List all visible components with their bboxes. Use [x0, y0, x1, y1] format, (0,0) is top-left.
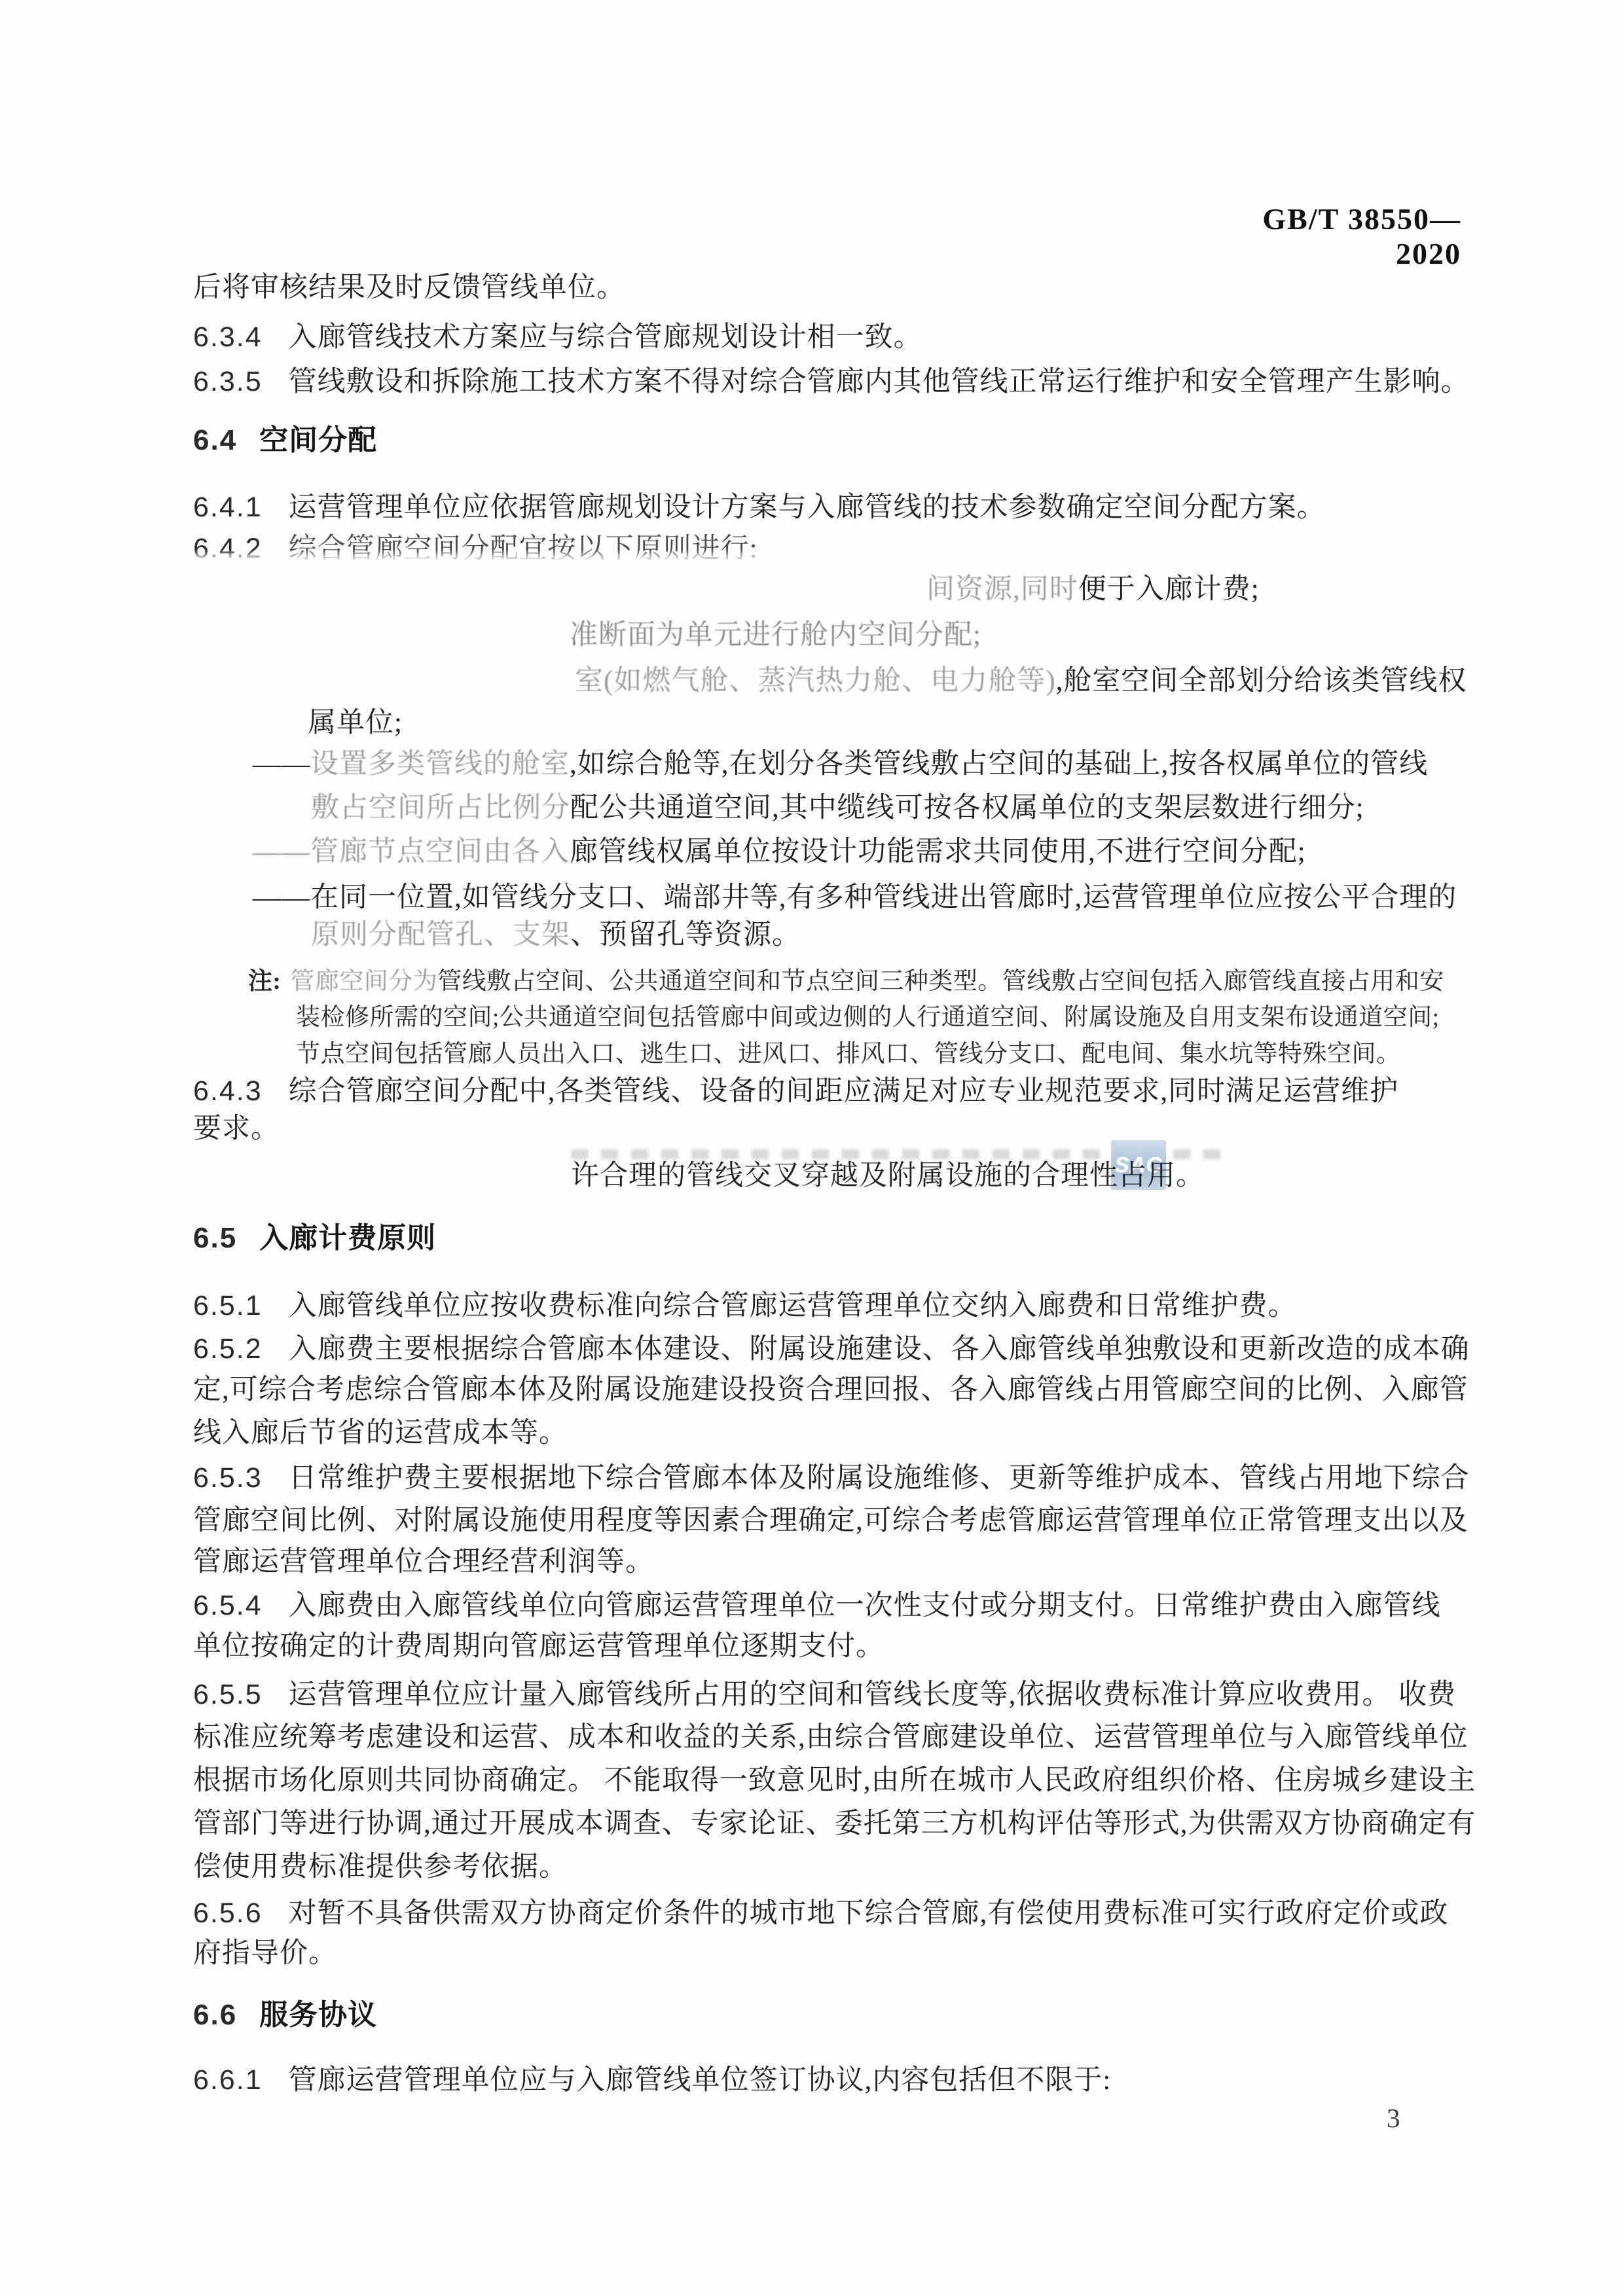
clause-number: 6.5.3 — [193, 1462, 263, 1494]
faded-text: 管廊空间分为 — [290, 968, 437, 995]
clause-6-3-4: 6.3.4入廊管线技术方案应与综合管廊规划设计相一致。 — [193, 320, 922, 355]
text-line: 线入廊后节省的运营成本等。 — [193, 1416, 568, 1450]
heading-text: 入廊计费原则 — [259, 1222, 436, 1254]
clause-number: 6.5.1 — [193, 1290, 263, 1321]
text-line: 单位按确定的计费周期向管廊运营管理单位逐期支付。 — [193, 1630, 884, 1664]
faded-text: 设置多类管线的舱室 — [310, 749, 570, 780]
faded-text: ——管廊节点空间由各入 — [253, 836, 570, 867]
line-text: 综合管廊空间分配中,各类管线、设备的间距应满足对应专业规范要求,同时满足运营维护 — [289, 1076, 1399, 1107]
line-text: 管部门等进行协调,通过开展成本调查、专家论证、委托第三方机构评估等形式,为供需双… — [193, 1808, 1476, 1839]
line-text: 管廊运营管理单位合理经营利润等。 — [193, 1547, 654, 1577]
line-text: 配公共通道空间,其中缆线可按各权属单位的支架层数进行细分; — [570, 793, 1364, 823]
clause-number: 6.4.3 — [193, 1075, 263, 1107]
clause-6-6-1: 6.6.1管廊运营管理单位应与入廊管线单位签订协议,内容包括但不限于: — [193, 2063, 1111, 2098]
line-text: 运营管理单位应依据管廊规划设计方案与入廊管线的技术参数确定空间分配方案。 — [289, 492, 1326, 523]
line-text: 综合管廊空间分配宜按以下原则进行: — [289, 533, 758, 564]
line-text: 便于入廊计费; — [1078, 574, 1260, 605]
line-text: ,如综合舱等,在划分各类管线敷占空间的基础上,按各权属单位的管线 — [570, 749, 1428, 780]
dash-list-continuation: 原则分配管孔、支架、预留孔等资源。 — [311, 918, 801, 952]
text-line-fragment: 属单位; — [308, 706, 403, 740]
text-line: 管部门等进行协调,通过开展成本调查、专家论证、委托第三方机构评估等形式,为供需双… — [193, 1807, 1476, 1841]
clause-6-5-1: 6.5.1入廊管线单位应按收费标准向综合管廊运营管理单位交纳入廊费和日常维护费。 — [193, 1289, 1297, 1323]
line-text: 府指导价。 — [193, 1938, 337, 1969]
text-line: 偿使用费标准提供参考依据。 — [193, 1850, 568, 1884]
line-text: 准断面为单元进行舱内空间分配; — [570, 620, 981, 651]
text-line-fragment: 准断面为单元进行舱内空间分配; — [570, 619, 981, 653]
dash-list-item: ——设置多类管线的舱室,如综合舱等,在划分各类管线敷占空间的基础上,按各权属单位… — [253, 747, 1428, 781]
document-page: GB/T 38550—2020 后将审核结果及时反馈管线单位。 6.3.4入廊管… — [0, 0, 1623, 2296]
clause-number: 6.5.6 — [193, 1897, 263, 1929]
line-text: 廊管线权属单位按设计功能需求共同使用,不进行空间分配; — [570, 836, 1306, 867]
line-text: 管线敷占空间、公共通道空间和节点空间三种类型。管线敷占空间包括入廊管线直接占用和… — [437, 968, 1444, 995]
text-line: 要求。 — [193, 1112, 280, 1146]
line-text: 许合理的管线交叉穿越及附属设施的合理性占用。 — [571, 1160, 1205, 1191]
clause-6-4-1: 6.4.1运营管理单位应依据管廊规划设计方案与入廊管线的技术参数确定空间分配方案… — [193, 490, 1326, 525]
header-standard-number: GB/T 38550—2020 — [1205, 202, 1461, 271]
faded-text: 室(如燃气舱、蒸汽热力舱、电力舱等) — [575, 666, 1056, 696]
line-text: 运营管理单位应计量入廊管线所占用的空间和管线长度等,依据收费标准计算应收费用。 … — [289, 1679, 1457, 1710]
dash-mark: —— — [253, 882, 310, 913]
line-text: 偿使用费标准提供参考依据。 — [193, 1852, 568, 1882]
clause-6-5-3: 6.5.3日常维护费主要根据地下综合管廊本体及附属设施维修、更新等维护成本、管线… — [193, 1461, 1470, 1496]
note-line: 装检修所需的空间;公共通道空间包括管廊中间或边侧的人行通道空间、附属设施及自用支… — [296, 1003, 1440, 1033]
text-line: 定,可综合考虑综合管廊本体及附属设施建设投资合理回报、各入廊管线占用管廊空间的比… — [193, 1373, 1468, 1407]
clause-number: 6.6 — [193, 1999, 237, 2031]
line-text: 标准应统筹考虑建设和运营、成本和收益的关系,由综合管廊建设单位、运营管理单位与入… — [193, 1722, 1468, 1753]
text-line: 根据市场化原则共同协商确定。 不能取得一致意见时,由所在城市人民政府组织价格、住… — [193, 1764, 1476, 1798]
text-line-fragment: 许合理的管线交叉穿越及附属设施的合理性占用。 — [571, 1159, 1205, 1193]
clause-6-5-2: 6.5.2入廊费主要根据综合管廊本体建设、附属设施建设、各入廊管线单独敷设和更新… — [193, 1332, 1470, 1367]
line-text: 属单位; — [308, 708, 403, 738]
line-text: 入廊管线技术方案应与综合管廊规划设计相一致。 — [289, 322, 922, 353]
clause-6-5-4: 6.5.4入廊费由入廊管线单位向管廊运营管理单位一次性支付或分期支付。日常维护费… — [193, 1588, 1441, 1623]
clause-number: 6.5 — [193, 1222, 237, 1254]
line-text: 要求。 — [193, 1113, 280, 1144]
clause-number: 6.4 — [193, 424, 237, 456]
faded-text: 间资源,同时 — [926, 574, 1078, 605]
line-text: 单位按确定的计费周期向管廊运营管理单位逐期支付。 — [193, 1631, 884, 1662]
line-text: 、预留孔等资源。 — [570, 920, 801, 950]
line-text: 在同一位置,如管线分支口、端部井等,有多种管线进出管廊时,运营管理单位应按公平合… — [310, 882, 1457, 913]
line-text: 线入廊后节省的运营成本等。 — [193, 1418, 568, 1448]
clause-number: 6.4.2 — [193, 533, 263, 564]
text-line: 府指导价。 — [193, 1937, 337, 1971]
line-text: ,舱室空间全部划分给该类管线权 — [1056, 666, 1467, 696]
line-text: 日常维护费主要根据地下综合管廊本体及附属设施维修、更新等维护成本、管线占用地下综… — [289, 1463, 1470, 1494]
line-text: 管廊运营管理单位应与入廊管线单位签订协议,内容包括但不限于: — [289, 2065, 1112, 2096]
note-line: 节点空间包括管廊人员出入口、逃生口、进风口、排风口、管线分支口、配电间、集水坑等… — [296, 1039, 1401, 1069]
line-text: 管线敷设和拆除施工技术方案不得对综合管廊内其他管线正常运行维护和安全管理产生影响… — [289, 367, 1470, 397]
dash-mark: —— — [253, 749, 310, 780]
faded-text: 敷占空间所占比例分 — [311, 793, 570, 823]
dash-list-item: ——管廊节点空间由各入廊管线权属单位按设计功能需求共同使用,不进行空间分配; — [253, 835, 1306, 869]
page-number: 3 — [1387, 2102, 1400, 2134]
clause-6-5-5: 6.5.5运营管理单位应计量入廊管线所占用的空间和管线长度等,依据收费标准计算应… — [193, 1677, 1456, 1712]
dash-list-item: ——在同一位置,如管线分支口、端部井等,有多种管线进出管廊时,运营管理单位应按公… — [253, 881, 1457, 915]
heading-6-5: 6.5入廊计费原则 — [193, 1221, 436, 1255]
heading-6-4: 6.4空间分配 — [193, 423, 377, 457]
line-text: 根据市场化原则共同协商确定。 不能取得一致意见时,由所在城市人民政府组织价格、住… — [193, 1765, 1476, 1796]
heading-6-6: 6.6服务协议 — [193, 1998, 377, 2032]
line-text: 节点空间包括管廊人员出入口、逃生口、进风口、排风口、管线分支口、配电间、集水坑等… — [296, 1041, 1401, 1067]
faded-text: 原则分配管孔、支架 — [311, 920, 570, 950]
text-line-fragment: 室(如燃气舱、蒸汽热力舱、电力舱等),舱室空间全部划分给该类管线权 — [575, 664, 1467, 698]
clause-number: 6.3.5 — [193, 366, 263, 397]
clause-6-4-2: 6.4.2综合管廊空间分配宜按以下原则进行: — [193, 531, 758, 566]
line-text: 对暂不具备供需双方协商定价条件的城市地下综合管廊,有偿使用费标准可实行政府定价或… — [289, 1898, 1449, 1929]
clause-6-4-3: 6.4.3综合管廊空间分配中,各类管线、设备的间距应满足对应专业规范要求,同时满… — [193, 1074, 1398, 1109]
note-line: 注:管廊空间分为管线敷占空间、公共通道空间和节点空间三种类型。管线敷占空间包括入… — [248, 967, 1444, 997]
clause-number: 6.4.1 — [193, 492, 263, 523]
dash-list-continuation: 敷占空间所占比例分配公共通道空间,其中缆线可按各权属单位的支架层数进行细分; — [311, 791, 1364, 825]
note-marker: 注: — [248, 968, 281, 995]
text-line: 后将审核结果及时反馈管线单位。 — [193, 271, 625, 305]
heading-text: 服务协议 — [259, 1999, 377, 2031]
text-line-fragment: 间资源,同时便于入廊计费; — [926, 573, 1260, 607]
line-text: 定,可综合考虑综合管廊本体及附属设施建设投资合理回报、各入廊管线占用管廊空间的比… — [193, 1374, 1468, 1405]
text-line: 管廊空间比例、对附属设施使用程度等因素合理确定,可综合考虑管廊运营管理单位正常管… — [193, 1504, 1468, 1538]
line-text: 管廊空间比例、对附属设施使用程度等因素合理确定,可综合考虑管廊运营管理单位正常管… — [193, 1505, 1468, 1536]
line-text: 入廊管线单位应按收费标准向综合管廊运营管理单位交纳入廊费和日常维护费。 — [289, 1291, 1297, 1321]
clause-number: 6.5.5 — [193, 1679, 263, 1710]
text-line: 标准应统筹考虑建设和运营、成本和收益的关系,由综合管廊建设单位、运营管理单位与入… — [193, 1721, 1468, 1755]
clause-number: 6.6.1 — [193, 2064, 263, 2096]
heading-text: 空间分配 — [259, 424, 377, 456]
line-text: 入廊费主要根据综合管廊本体建设、附属设施建设、各入廊管线单独敷设和更新改造的成本… — [289, 1334, 1470, 1365]
line-text: 后将审核结果及时反馈管线单位。 — [193, 272, 625, 303]
clause-number: 6.5.2 — [193, 1333, 263, 1365]
text-line: 管廊运营管理单位合理经营利润等。 — [193, 1545, 654, 1579]
clause-number: 6.5.4 — [193, 1590, 263, 1621]
line-text: 入廊费由入廊管线单位向管廊运营管理单位一次性支付或分期支付。日常维护费由入廊管线 — [289, 1590, 1441, 1621]
clause-6-3-5: 6.3.5管线敷设和拆除施工技术方案不得对综合管廊内其他管线正常运行维护和安全管… — [193, 365, 1470, 399]
clause-number: 6.3.4 — [193, 321, 263, 353]
line-text: 装检修所需的空间;公共通道空间包括管廊中间或边侧的人行通道空间、附属设施及自用支… — [296, 1004, 1440, 1031]
clause-6-5-6: 6.5.6对暂不具备供需双方协商定价条件的城市地下综合管廊,有偿使用费标准可实行… — [193, 1896, 1448, 1931]
